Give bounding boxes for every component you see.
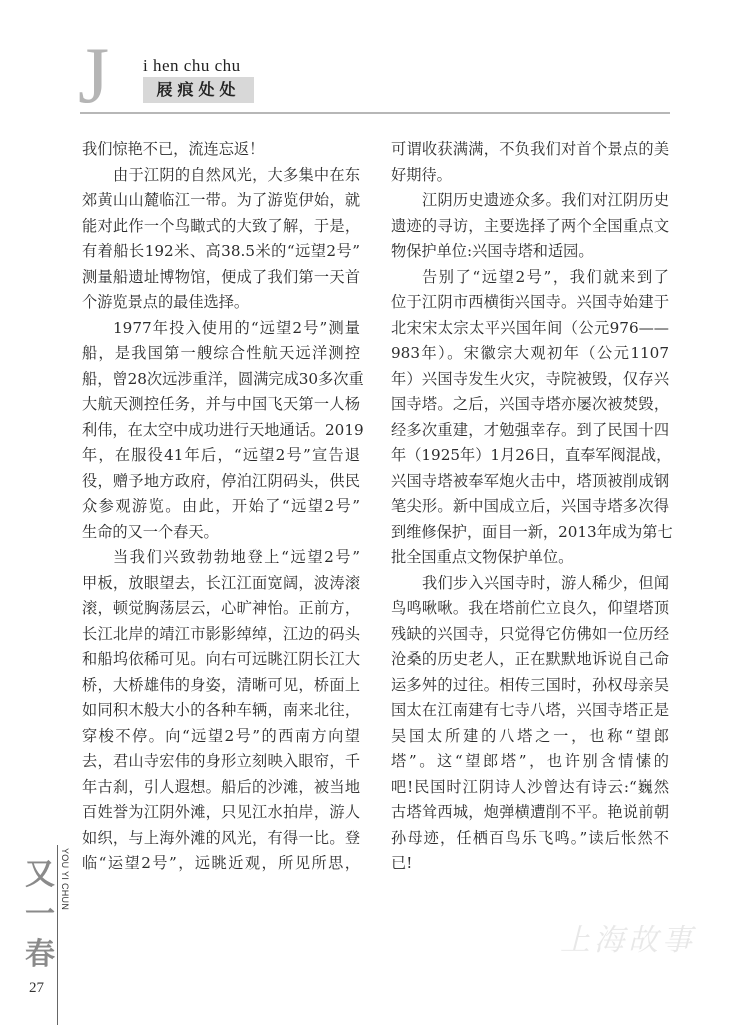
sidebar-title-char: 一 xyxy=(24,895,56,935)
header-divider xyxy=(80,112,670,114)
text-line: 经多次重建，才勉强幸存。到了民国十四 xyxy=(391,418,669,444)
text-line: 郊黄山山麓临江一带。为了游览伊始，就 xyxy=(82,188,360,214)
text-line: 有着船长192米、高38.5米的“远望2号” xyxy=(82,239,360,265)
sidebar-title-char: 春 xyxy=(24,935,56,975)
text-line: 运多舛的过往。相传三国时，孙权母亲吴 xyxy=(391,673,669,699)
text-line: 告别了“远望2号”，我们就来到了 xyxy=(391,265,669,291)
sidebar-title-char: 又 xyxy=(24,855,56,895)
text-line: 沧桑的历史老人，正在默默地诉说自己命 xyxy=(391,647,669,673)
text-line: 国寺塔。之后，兴国寺塔亦屡次被焚毁， xyxy=(391,392,669,418)
header-initial-letter: J xyxy=(78,36,109,116)
text-line: 如同积木般大小的各种车辆，南来北往， xyxy=(82,698,360,724)
text-line: 临“运望2号”，远眺近观，所见所思， xyxy=(82,851,360,877)
text-line: 年，在服役41年后，“远望2号”宣告退 xyxy=(82,443,360,469)
text-line: 大航天测控任务，并与中国飞天第一人杨 xyxy=(82,392,360,418)
text-line: 遗迹的寻访，主要选择了两个全国重点文 xyxy=(391,214,669,240)
text-line: 滚，顿觉胸荡层云，心旷神怡。正前方， xyxy=(82,596,360,622)
text-line: 孙母迹，任栖百鸟乐飞鸣。”读后怅然不 xyxy=(391,826,669,852)
sidebar-magazine-latin: YOU YI CHUN xyxy=(60,848,70,910)
text-line: 鸟鸣啾啾。我在塔前伫立良久，仰望塔顶 xyxy=(391,596,669,622)
text-line: 如织，与上海外滩的风光，有得一比。登 xyxy=(82,826,360,852)
text-line: 1977年投入使用的“远望2号”测量 xyxy=(82,316,360,342)
text-line: 古塔耸西城，炮弹横遭削不平。艳说前朝 xyxy=(391,800,669,826)
text-line: 可谓收获满满，不负我们对首个景点的美 xyxy=(391,137,669,163)
text-line: 当我们兴致勃勃地登上“远望2号” xyxy=(82,545,360,571)
text-line: 我们惊艳不已，流连忘返！ xyxy=(82,137,360,163)
text-line: 船，是我国第一艘综合性航天远洋测控 xyxy=(82,341,360,367)
section-title: 屐痕处处 xyxy=(143,77,254,103)
text-line: 穿梭不停。向“远望2号”的西南方向望 xyxy=(82,724,360,750)
text-line: 桥，大桥雄伟的身姿，清晰可见，桥面上 xyxy=(82,673,360,699)
text-line: 好期待。 xyxy=(391,163,669,189)
text-line: 983年）。宋徽宗大观初年（公元1107 xyxy=(391,341,669,367)
watermark: 上海故事 xyxy=(560,915,696,959)
text-line: 船，曾28次远涉重洋，圆满完成30多次重 xyxy=(82,367,360,393)
text-line: 吧!民国时江阴诗人沙曾达有诗云:“巍然 xyxy=(391,775,669,801)
text-line: 我们步入兴国寺时，游人稀少，但闻 xyxy=(391,571,669,597)
sidebar-divider xyxy=(57,845,58,1025)
text-line: 年）兴国寺发生火灾，寺院被毁，仅存兴 xyxy=(391,367,669,393)
text-line: 甲板，放眼望去，长江江面宽阔，波涛滚 xyxy=(82,571,360,597)
text-line: 去，君山寺宏伟的身形立刻映入眼帘，千 xyxy=(82,749,360,775)
text-line: 残缺的兴国寺，只觉得它仿佛如一位历经 xyxy=(391,622,669,648)
text-line: 北宋宋太宗太平兴国年间（公元976—— xyxy=(391,316,669,342)
text-line: 到维修保护，面目一新，2013年成为第七 xyxy=(391,520,669,546)
text-line: 和船坞依稀可见。向右可远眺江阴长江大 xyxy=(82,647,360,673)
text-line: 塔”。这“望郎塔”，也许别含情愫的 xyxy=(391,749,669,775)
text-line: 众参观游览。由此，开始了“远望2号” xyxy=(82,494,360,520)
text-line: 由于江阴的自然风光，大多集中在东 xyxy=(82,163,360,189)
text-line: 年古刹，引人遐想。船后的沙滩，被当地 xyxy=(82,775,360,801)
text-line: 生命的又一个春天。 xyxy=(82,520,360,546)
text-line: 兴国寺塔被奉军炮火击中，塔顶被削成钢 xyxy=(391,469,669,495)
text-line: 吴国太所建的八塔之一，也称“望郎 xyxy=(391,724,669,750)
text-line: 年（1925年）1月26日，直奉军阀混战， xyxy=(391,443,669,469)
text-line: 物保护单位:兴国寺塔和适园。 xyxy=(391,239,669,265)
article-column-right: 可谓收获满满，不负我们对首个景点的美好期待。江阴历史遗迹众多。我们对江阴历史遗迹… xyxy=(391,137,669,877)
text-line: 百姓誉为江阴外滩，只见江水拍岸，游人 xyxy=(82,800,360,826)
article-column-left: 我们惊艳不已，流连忘返！由于江阴的自然风光，大多集中在东郊黄山山麓临江一带。为了… xyxy=(82,137,360,877)
text-line: 已! xyxy=(391,851,669,877)
text-line: 国太在江南建有七寺八塔，兴国寺塔正是 xyxy=(391,698,669,724)
text-line: 长江北岸的靖江市影影绰绰，江边的码头 xyxy=(82,622,360,648)
text-line: 役，赠予地方政府，停泊江阴码头，供民 xyxy=(82,469,360,495)
text-line: 利伟，在太空中成功进行天地通话。2019 xyxy=(82,418,360,444)
text-line: 江阴历史遗迹众多。我们对江阴历史 xyxy=(391,188,669,214)
text-line: 批全国重点文物保护单位。 xyxy=(391,545,669,571)
text-line: 位于江阴市西横街兴国寺。兴国寺始建于 xyxy=(391,290,669,316)
header-pinyin: i hen chu chu xyxy=(143,56,241,76)
text-line: 笔尖形。新中国成立后，兴国寺塔多次得 xyxy=(391,494,669,520)
text-line: 个游览景点的最佳选择。 xyxy=(82,290,360,316)
sidebar-magazine-title: 又 一 春 xyxy=(24,855,56,975)
text-line: 测量船遗址博物馆，便成了我们第一天首 xyxy=(82,265,360,291)
text-line: 能对此作一个鸟瞰式的大致了解，于是， xyxy=(82,214,360,240)
page-number: 27 xyxy=(29,980,44,997)
